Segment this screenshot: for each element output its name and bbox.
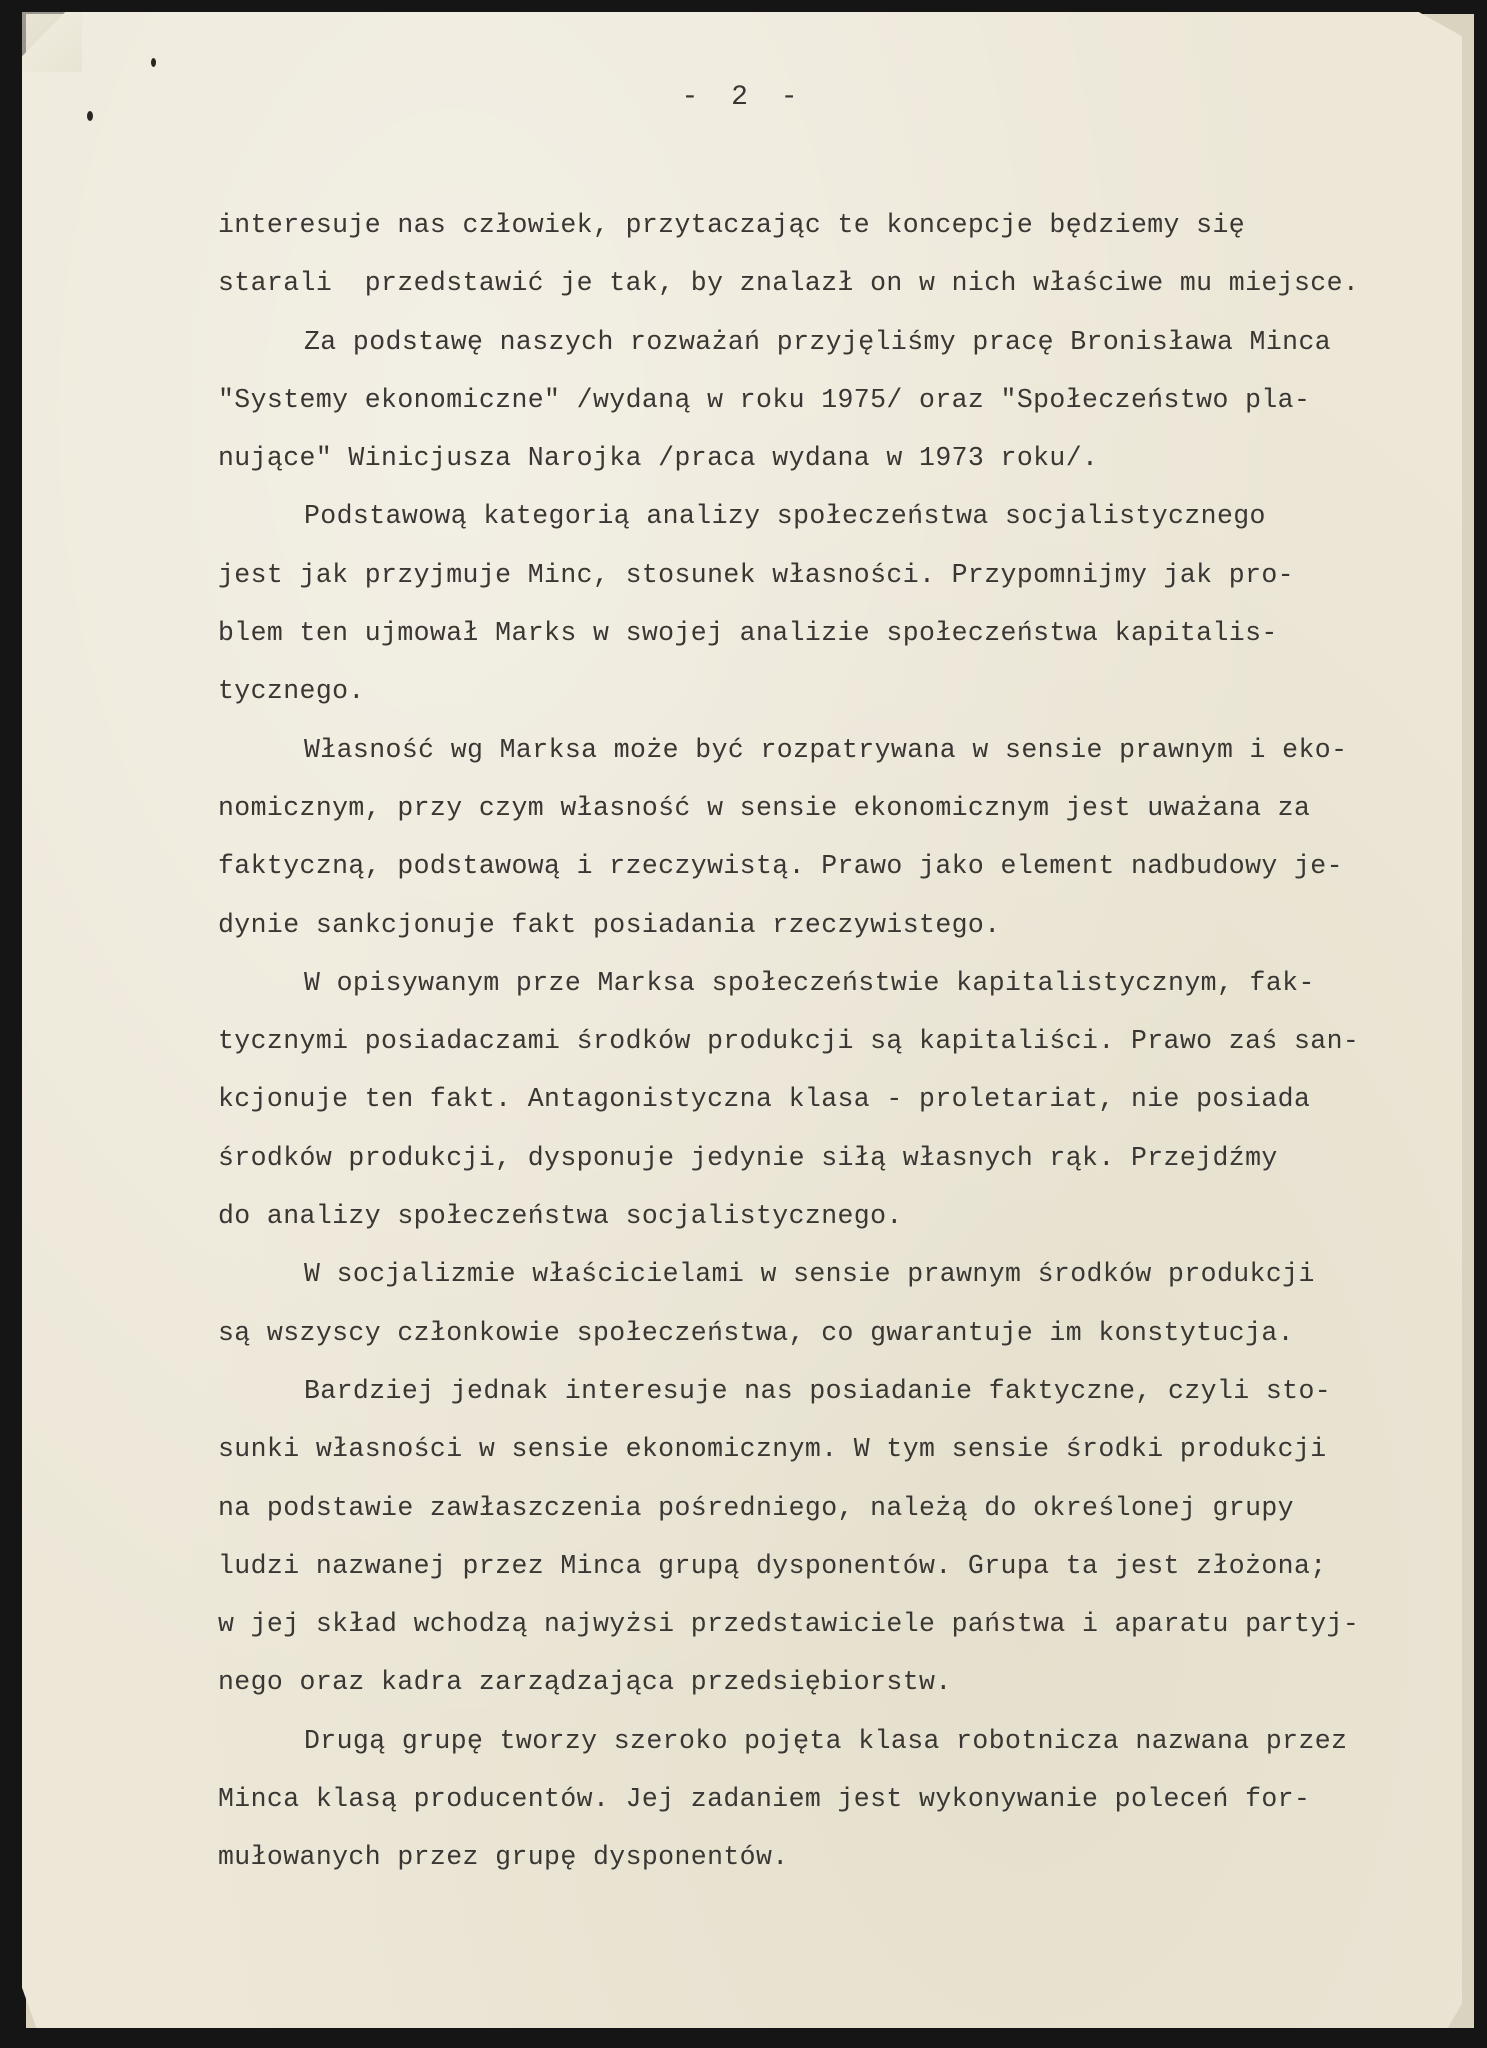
text-line: sunki własności w sensie ekonomicznym. W… [218,1420,1448,1478]
text-line: na podstawie zawłaszczenia pośredniego, … [218,1479,1448,1537]
page-number: - 2 - [0,82,1487,113]
paragraph: W opisywanym prze Marksa społeczeństwie … [218,954,1448,1245]
text-line: ludzi nazwanej przez Minca grupą dyspone… [218,1537,1448,1595]
folded-corner [22,12,82,72]
text-line: starali przedstawić je tak, by znalazł o… [218,254,1448,312]
scanned-page: - 2 - interesuje nas człowiek, przytacza… [0,0,1487,2048]
text-line: do analizy społeczeństwa socjalistyczneg… [218,1187,1448,1245]
text-line: tycznymi posiadaczami środków produkcji … [218,1012,1448,1070]
text-line: nego oraz kadra zarządzająca przedsiębio… [218,1653,1448,1711]
paragraph: Drugą grupę tworzy szeroko pojęta klasa … [218,1712,1448,1887]
text-line: faktyczną, podstawową i rzeczywistą. Pra… [218,837,1448,895]
text-line: Bardziej jednak interesuje nas posiadani… [218,1362,1448,1420]
text-line: W opisywanym prze Marksa społeczeństwie … [218,954,1448,1012]
text-line: Podstawową kategorią analizy społeczeńst… [218,487,1448,545]
text-line: jest jak przyjmuje Minc, stosunek własno… [218,546,1448,604]
document-body: interesuje nas człowiek, przytaczając te… [218,196,1448,1887]
text-line: Drugą grupę tworzy szeroko pojęta klasa … [218,1712,1448,1770]
paragraph: W socjalizmie właścicielami w sensie pra… [218,1245,1448,1362]
text-line: W socjalizmie właścicielami w sensie pra… [218,1245,1448,1303]
text-line: tycznego. [218,662,1448,720]
text-line: mułowanych przez grupę dysponentów. [218,1828,1448,1886]
paragraph: Za podstawę naszych rozważań przyjęliśmy… [218,313,1448,488]
punch-hole-mark [151,58,156,67]
text-line: nomicznym, przy czym własność w sensie e… [218,779,1448,837]
text-line: kcjonuje ten fakt. Antagonistyczna klasa… [218,1070,1448,1128]
paragraph: Podstawową kategorią analizy społeczeńst… [218,487,1448,720]
paragraph: interesuje nas człowiek, przytaczając te… [218,196,1448,313]
paragraph: Bardziej jednak interesuje nas posiadani… [218,1362,1448,1712]
text-line: dynie sankcjonuje fakt posiadania rzeczy… [218,896,1448,954]
paragraph: Własność wg Marksa może być rozpatrywana… [218,721,1448,954]
text-line: Własność wg Marksa może być rozpatrywana… [218,721,1448,779]
text-line: nujące" Winicjusza Narojka /praca wydana… [218,429,1448,487]
text-line: Za podstawę naszych rozważań przyjęliśmy… [218,313,1448,371]
text-line: interesuje nas człowiek, przytaczając te… [218,196,1448,254]
text-line: środków produkcji, dysponuje jedynie sił… [218,1129,1448,1187]
text-line: Minca klasą producentów. Jej zadaniem je… [218,1770,1448,1828]
text-line: "Systemy ekonomiczne" /wydaną w roku 197… [218,371,1448,429]
text-line: blem ten ujmował Marks w swojej analizie… [218,604,1448,662]
text-line: są wszyscy członkowie społeczeństwa, co … [218,1304,1448,1362]
text-line: w jej skład wchodzą najwyżsi przedstawic… [218,1595,1448,1653]
